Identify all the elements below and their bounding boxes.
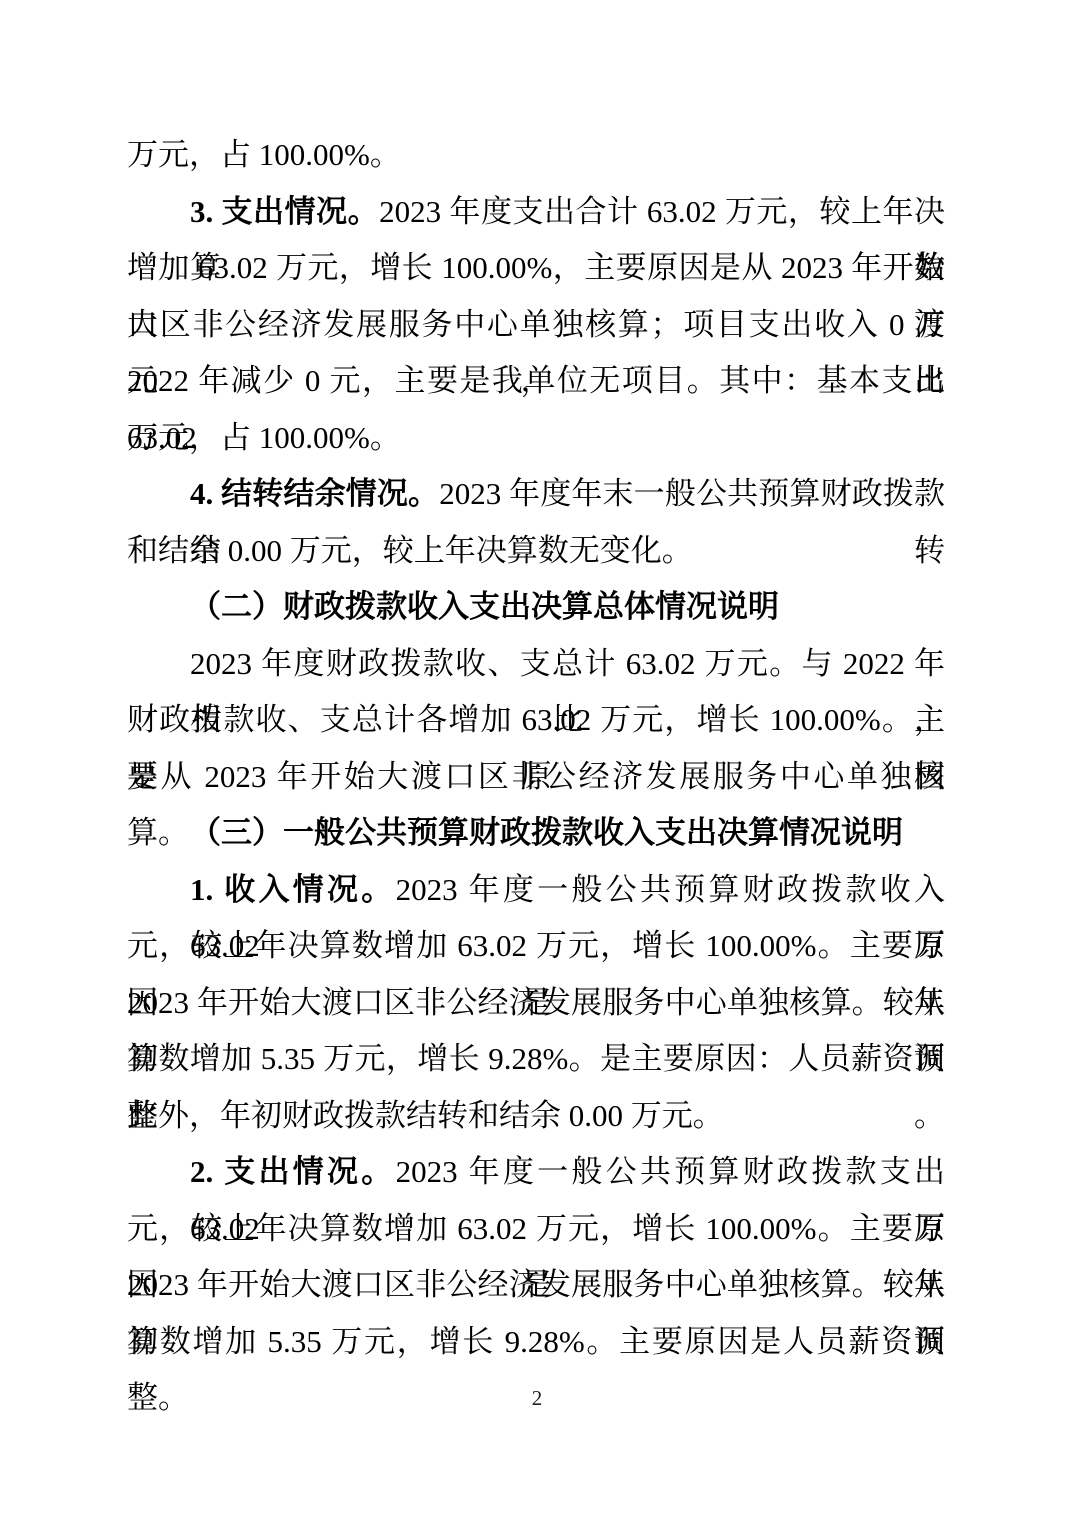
text-segment-bold: 1. 收入情况。 — [190, 872, 396, 907]
text-segment-bold: 2. 支出情况。 — [190, 1154, 396, 1189]
text-line: 2023 年度财政拨款收、支总计 63.02 万元。与 2022 年相比， — [127, 636, 945, 693]
text-line: （二）财政拨款收入支出决算总体情况说明 — [127, 579, 945, 636]
text-line: 万元，占 100.00%。 — [127, 127, 945, 184]
text-line: 口区非公经济发展服务中心单独核算；项目支出收入 0 万元，比 — [127, 297, 945, 354]
text-segment: 万元，占 100.00%。 — [127, 420, 401, 455]
text-line: 是从 2023 年开始大渡口区非公经济发展服务中心单独核算。 — [127, 749, 945, 806]
text-segment: 万元，占 100.00%。 — [127, 137, 401, 172]
page-number: 2 — [0, 1384, 1074, 1412]
text-line: 2023 年开始大渡口区非公经济发展服务中心单独核算。较年初预 — [127, 975, 945, 1032]
text-line: 4. 结转结余情况。2023 年度年末一般公共预算财政拨款结转 — [127, 466, 945, 523]
document-page: 万元，占 100.00%。3. 支出情况。2023 年度支出合计 63.02 万… — [0, 0, 1074, 1520]
text-line: 算数增加 5.35 万元，增长 9.28%。是主要原因：人员薪资调整。 — [127, 1031, 945, 1088]
text-line: 增加 63.02 万元，增长 100.00%，主要原因是从 2023 年开始大渡 — [127, 240, 945, 297]
text-line: 2022 年减少 0 元，主要是我单位无项目。其中：基本支出 63.02 — [127, 353, 945, 410]
text-line: （三）一般公共预算财政拨款收入支出决算情况说明 — [127, 805, 945, 862]
document-body: 万元，占 100.00%。3. 支出情况。2023 年度支出合计 63.02 万… — [127, 127, 945, 1370]
text-line: 1. 收入情况。2023 年度一般公共预算财政拨款收入 63.02 万 — [127, 862, 945, 919]
text-line: 财政拨款收、支总计各增加 63.02 万元，增长 100.00%。主要原因 — [127, 692, 945, 749]
text-line: 元，较上年决算数增加 63.02 万元，增长 100.00%。主要原因是从 — [127, 918, 945, 975]
text-segment-bold: 3. 支出情况。 — [190, 194, 379, 229]
text-line: 万元，占 100.00%。 — [127, 410, 945, 467]
text-line: 2023 年开始大渡口区非公经济发展服务中心单独核算。较年初预 — [127, 1257, 945, 1314]
text-line: 算数增加 5.35 万元，增长 9.28%。主要原因是人员薪资调整。 — [127, 1314, 945, 1371]
text-segment-bold: 4. 结转结余情况。 — [190, 476, 439, 511]
text-line: 3. 支出情况。2023 年度支出合计 63.02 万元，较上年决算数 — [127, 184, 945, 241]
text-segment: 此外，年初财政拨款结转和结余 0.00 万元。 — [127, 1098, 724, 1133]
text-segment-bold: （二）财政拨款收入支出决算总体情况说明 — [190, 589, 779, 624]
text-line: 元，较上年决算数增加 63.02 万元，增长 100.00%。主要原因是从 — [127, 1201, 945, 1258]
text-segment: 和结余 0.00 万元，较上年决算数无变化。 — [127, 533, 693, 568]
text-segment-bold: （三）一般公共预算财政拨款收入支出决算情况说明 — [190, 815, 903, 850]
text-line: 2. 支出情况。2023 年度一般公共预算财政拨款支出 63.02 万 — [127, 1144, 945, 1201]
